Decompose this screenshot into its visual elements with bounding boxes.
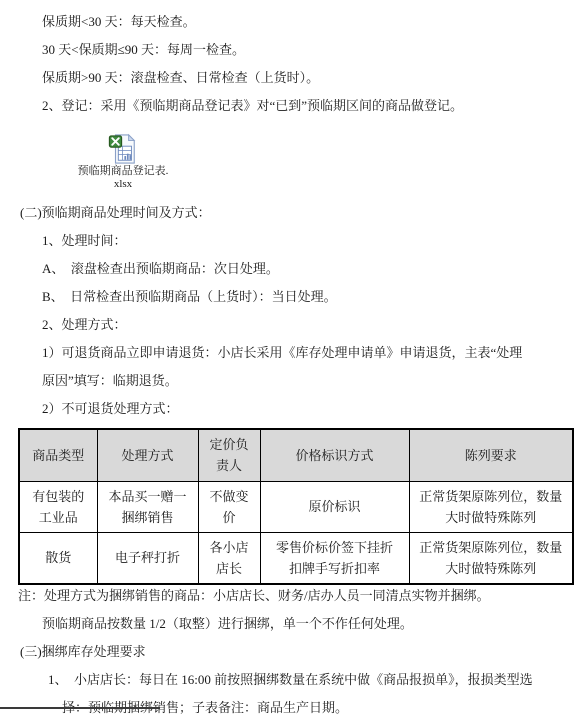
table-note-line: 注：处理方式为捆绑销售的商品：小店店长、财务/店办人员一同清点实物并捆绑。 [0, 582, 588, 610]
table-cell: 散货 [19, 532, 97, 584]
table-header-cell: 处理方式 [97, 429, 198, 481]
table-header-row: 商品类型 处理方式 定价负 责人 价格标识方式 陈列要求 [19, 429, 573, 481]
doc-line: 1）可退货商品立即申请退货：小店长采用《库存处理申请单》申请退货，主表“处理 [0, 339, 588, 367]
doc-line: A、 滚盘检查出预临期商品：次日处理。 [0, 255, 588, 283]
section-heading: (三)捆绑库存处理要求 [0, 638, 588, 666]
doc-line: 原因”填写：临期退货。 [0, 367, 588, 395]
doc-line: 1、处理时间： [0, 227, 588, 255]
table-header-cell: 商品类型 [19, 429, 97, 481]
doc-line: 30 天<保质期≤90 天：每周一检查。 [0, 36, 588, 64]
doc-line: 2、处理方式： [0, 311, 588, 339]
table-header-cell: 陈列要求 [409, 429, 573, 481]
doc-line: 2、登记：采用《预临期商品登记表》对“已到”预临期区间的商品做登记。 [0, 92, 588, 120]
section-handling-time-and-method: (二)预临期商品处理时间及方式： 1、处理时间： A、 滚盘检查出预临期商品：次… [0, 199, 588, 423]
doc-line: 择：预临期捆绑销售；子表备注：商品生产日期。 [0, 694, 588, 714]
table-cell: 本品买一赠一 捆绑销售 [97, 481, 198, 532]
table-cell: 不做变 价 [198, 481, 260, 532]
doc-line: 2）不可退货处理方式： [0, 395, 588, 423]
table-cell: 正常货架原陈列位，数量 大时做特殊陈列 [409, 481, 573, 532]
embedded-excel-attachment[interactable]: 预临期商品登记表. xlsx [58, 133, 188, 191]
non-returnable-handling-table: 商品类型 处理方式 定价负 责人 价格标识方式 陈列要求 有包装的 工业品 本品… [18, 428, 574, 585]
table-cell: 正常货架原陈列位，数量 大时做特殊陈列 [409, 532, 573, 584]
attachment-filename-line2: xlsx [58, 178, 188, 191]
document-page: 保质期<30 天：每天检查。 30 天<保质期≤90 天：每周一检查。 保质期>… [0, 0, 588, 714]
table-cell: 各小店 店长 [198, 532, 260, 584]
table-row: 散货 电子秤打折 各小店 店长 零售价标价签下挂折 扣牌手写折扣率 正常货架原陈… [19, 532, 573, 584]
table-header-cell: 定价负 责人 [198, 429, 260, 481]
excel-file-icon [108, 133, 138, 165]
table-row: 有包装的 工业品 本品买一赠一 捆绑销售 不做变 价 原价标识 正常货架原陈列位… [19, 481, 573, 532]
table-note-line: 预临期商品按数量 1/2（取整）进行捆绑，单一个不作任何处理。 [0, 610, 588, 638]
table-header-cell: 价格标识方式 [260, 429, 409, 481]
doc-line: 保质期<30 天：每天检查。 [0, 8, 588, 36]
footnote-separator-line [0, 707, 160, 709]
doc-line: 保质期>90 天：滚盘检查、日常检查（上货时）。 [0, 64, 588, 92]
table-cell: 原价标识 [260, 481, 409, 532]
doc-line: B、 日常检查出预临期商品（上货时）：当日处理。 [0, 283, 588, 311]
table-cell: 有包装的 工业品 [19, 481, 97, 532]
section-shelf-life-rules: 保质期<30 天：每天检查。 30 天<保质期≤90 天：每周一检查。 保质期>… [0, 8, 588, 120]
section-notes-and-bundling: 注：处理方式为捆绑销售的商品：小店店长、财务/店办人员一同清点实物并捆绑。 预临… [0, 582, 588, 714]
doc-line: 1、 小店店长：每日在 16:00 前按照捆绑数量在系统中做《商品报损单》，报损… [0, 666, 588, 694]
attachment-filename-line1: 预临期商品登记表. [58, 165, 188, 178]
table-cell: 零售价标价签下挂折 扣牌手写折扣率 [260, 532, 409, 584]
section-heading: (二)预临期商品处理时间及方式： [0, 199, 588, 227]
doc-line-rest: ；子表备注：商品生产日期。 [179, 700, 348, 714]
table-cell: 电子秤打折 [97, 532, 198, 584]
